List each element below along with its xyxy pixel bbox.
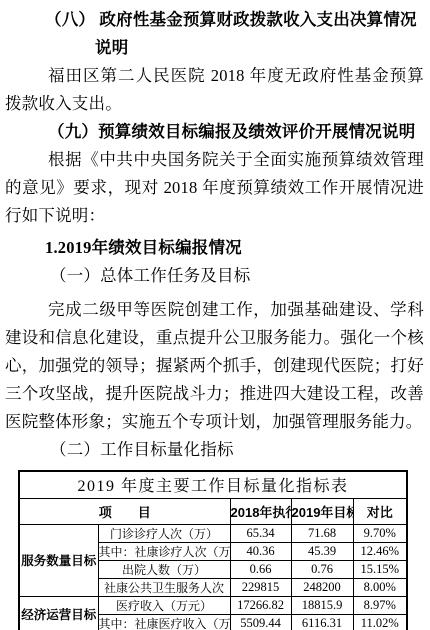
value-2019-cell: 248200 — [291, 578, 353, 596]
indicator-name-cell: 其中：社康诊疗人次（万） — [98, 542, 230, 560]
value-2018-cell: 40.36 — [230, 542, 291, 560]
paragraph-section-9: 根据《中共中央国务院关于全面实施预算绩效管理的意见》要求，现对 2018 年度预… — [5, 146, 424, 230]
indicator-name-cell: 门诊诊疗人次（万） — [98, 524, 230, 542]
quantified-indicators-table: 2019 年度主要工作目标量化指标表 项 目 2018年执行 2019年目标 对… — [18, 470, 408, 630]
heading-overall-tasks: （一）总体工作任务及目标 — [5, 262, 424, 290]
header-2018-execution: 2018年执行 — [230, 498, 291, 524]
header-2019-target: 2019年目标 — [291, 498, 353, 524]
table-row: 服务数量目标 门诊诊疗人次（万） 65.34 71.68 9.70% — [19, 524, 407, 542]
header-comparison: 对比 — [353, 498, 407, 524]
value-2018-cell: 17266.82 — [230, 596, 291, 614]
header-item: 项 目 — [19, 498, 230, 524]
heading-section-9: （九）预算绩效目标编报及绩效评价开展情况说明 — [5, 118, 424, 146]
heading-2019-performance-targets: 1.2019年绩效目标编报情况 — [5, 234, 424, 262]
comparison-cell: 15.15% — [353, 560, 407, 578]
value-2019-cell: 45.39 — [291, 542, 353, 560]
paragraph-section-8: 福田区第二人民医院 2018 年度无政府性基金预算拨款收入支出。 — [5, 62, 424, 118]
indicator-name-cell: 医疗收入（万元） — [98, 596, 230, 614]
value-2018-cell: 0.66 — [230, 560, 291, 578]
indicator-name-cell: 出院人数（万） — [98, 560, 230, 578]
heading-quantified-indicators: （二）工作目标量化指标 — [5, 436, 424, 464]
value-2019-cell: 0.76 — [291, 560, 353, 578]
heading-section-8: （八） 政府性基金预算财政拨款收入支出决算情况说明 — [5, 6, 424, 62]
value-2019-cell: 18815.9 — [291, 596, 353, 614]
indicators-table-container: 2019 年度主要工作目标量化指标表 项 目 2018年执行 2019年目标 对… — [18, 470, 424, 630]
paragraph-overall-tasks: 完成二级甲等医院创建工作，加强基础建设、学科建设和信息化建设，重点提升公卫服务能… — [5, 296, 424, 436]
group-cell-economic-operation: 经济运营目标 — [19, 596, 98, 630]
value-2019-cell: 71.68 — [291, 524, 353, 542]
comparison-cell: 11.02% — [353, 614, 407, 630]
comparison-cell: 8.97% — [353, 596, 407, 614]
value-2019-cell: 6116.31 — [291, 614, 353, 630]
comparison-cell: 8.00% — [353, 578, 407, 596]
document-page: （八） 政府性基金预算财政拨款收入支出决算情况说明 福田区第二人民医院 2018… — [0, 0, 430, 630]
table-title: 2019 年度主要工作目标量化指标表 — [19, 471, 407, 498]
indicator-name-cell: 社康公共卫生服务人次 — [98, 578, 230, 596]
table-title-row: 2019 年度主要工作目标量化指标表 — [19, 471, 407, 498]
table-row: 经济运营目标 医疗收入（万元） 17266.82 18815.9 8.97% — [19, 596, 407, 614]
comparison-cell: 12.46% — [353, 542, 407, 560]
table-header-row: 项 目 2018年执行 2019年目标 对比 — [19, 498, 407, 524]
group-cell-service-quantity: 服务数量目标 — [19, 524, 98, 596]
value-2018-cell: 229815 — [230, 578, 291, 596]
value-2018-cell: 65.34 — [230, 524, 291, 542]
indicator-name-cell: 其中：社康医疗收入（万元） — [98, 614, 230, 630]
comparison-cell: 9.70% — [353, 524, 407, 542]
value-2018-cell: 5509.44 — [230, 614, 291, 630]
